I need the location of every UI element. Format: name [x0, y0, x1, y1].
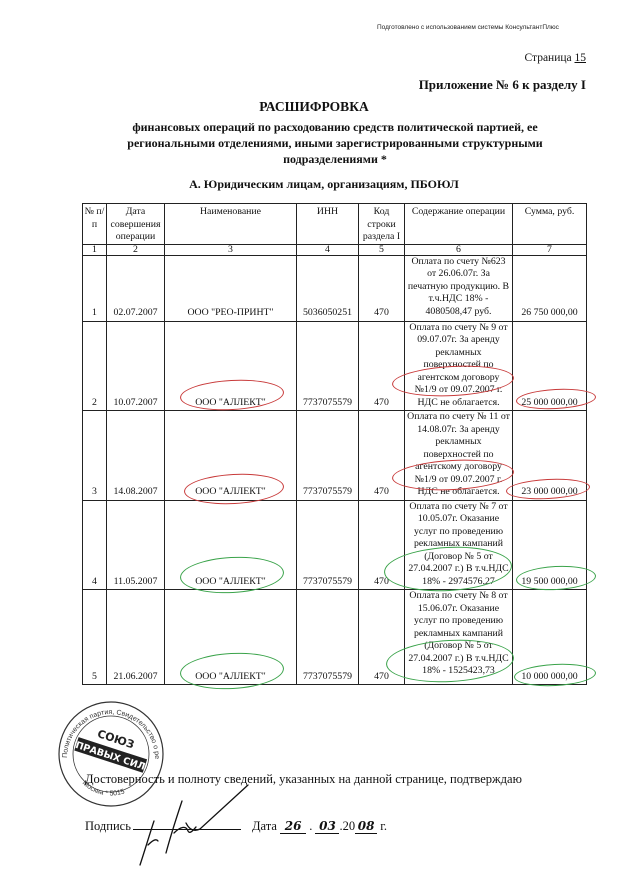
column-number-row: 1 2 3 4 5 6 7 [83, 244, 587, 255]
column-number: 3 [165, 244, 297, 255]
operations-table: № п/п Дата совершения операции Наименова… [82, 203, 587, 685]
cell-inn: 7737075579 [297, 590, 359, 685]
document-title: РАСШИФРОВКА [0, 99, 628, 115]
cell-code: 470 [359, 500, 405, 590]
cell-content: Оплата по счету №623 от 26.06.07г. За пе… [405, 255, 513, 321]
column-number: 6 [405, 244, 513, 255]
section-heading: А. Юридическим лицам, организациям, ПБОЮ… [0, 177, 628, 192]
cell-sum: 25 000 000,00 [513, 321, 587, 411]
handwritten-signature-icon [130, 783, 250, 868]
column-header: Дата совершения операции [107, 204, 165, 245]
table-row: 2 10.07.2007 ООО "АЛЛЕКТ" 7737075579 470… [83, 321, 587, 411]
cell-code: 470 [359, 321, 405, 411]
cell-date: 11.05.2007 [107, 500, 165, 590]
cell-sum: 23 000 000,00 [513, 411, 587, 501]
cell-date: 21.06.2007 [107, 590, 165, 685]
cell-name: ООО "АЛЛЕКТ" [165, 500, 297, 590]
cell-name: ООО "АЛЛЕКТ" [165, 590, 297, 685]
cell-date: 10.07.2007 [107, 321, 165, 411]
cell-code: 470 [359, 590, 405, 685]
cell-index: 4 [83, 500, 107, 590]
cell-content: Оплата по счету № 9 от 09.07.07г. За аре… [405, 321, 513, 411]
column-header: Наименование [165, 204, 297, 245]
date-label: Дата [252, 819, 277, 833]
page-indicator: Страница 15 [525, 52, 586, 64]
column-number: 7 [513, 244, 587, 255]
cell-index: 3 [83, 411, 107, 501]
signature-label: Подпись [85, 819, 131, 833]
cell-inn: 7737075579 [297, 321, 359, 411]
cell-code: 470 [359, 255, 405, 321]
cell-index: 1 [83, 255, 107, 321]
cell-content: Оплата по счету № 7 от 10.05.07г. Оказан… [405, 500, 513, 590]
column-number: 1 [83, 244, 107, 255]
date-suffix: г. [380, 819, 387, 833]
column-header: № п/п [83, 204, 107, 245]
cell-index: 5 [83, 590, 107, 685]
cell-index: 2 [83, 321, 107, 411]
table-row: 3 14.08.2007 ООО "АЛЛЕКТ" 7737075579 470… [83, 411, 587, 501]
date-year-prefix: .20 [339, 819, 355, 833]
table-row: 1 02.07.2007 ООО "РЕО-ПРИНТ" 5036050251 … [83, 255, 587, 321]
cell-sum: 26 750 000,00 [513, 255, 587, 321]
cell-date: 02.07.2007 [107, 255, 165, 321]
table-row: 4 11.05.2007 ООО "АЛЛЕКТ" 7737075579 470… [83, 500, 587, 590]
column-number: 5 [359, 244, 405, 255]
column-header: Код строки раздела I [359, 204, 405, 245]
cell-code: 470 [359, 411, 405, 501]
consultant-note: Подготовлено с использованием системы Ко… [377, 24, 617, 31]
column-number: 4 [297, 244, 359, 255]
date-year-suffix: 08 [355, 819, 377, 834]
column-header: Сумма, руб. [513, 204, 587, 245]
cell-content: Оплата по счету № 8 от 15.06.07г. Оказан… [405, 590, 513, 685]
appendix-heading: Приложение № 6 к разделу I [419, 77, 586, 93]
document-subtitle: финансовых операций по расходованию сред… [120, 119, 550, 167]
page-label: Страница [525, 52, 572, 64]
date-day: 26 [280, 819, 306, 834]
cell-name: ООО "РЕО-ПРИНТ" [165, 255, 297, 321]
table-header-row: № п/п Дата совершения операции Наименова… [83, 204, 587, 245]
column-number: 2 [107, 244, 165, 255]
date-month: 03 [315, 819, 339, 834]
cell-name: ООО "АЛЛЕКТ" [165, 321, 297, 411]
column-header: ИНН [297, 204, 359, 245]
cell-name: ООО "АЛЛЕКТ" [165, 411, 297, 501]
cell-content: Оплата по счету № 11 от 14.08.07г. За ар… [405, 411, 513, 501]
cell-inn: 7737075579 [297, 500, 359, 590]
cell-sum: 19 500 000,00 [513, 500, 587, 590]
column-header: Содержание операции [405, 204, 513, 245]
cell-sum: 10 000 000,00 [513, 590, 587, 685]
cell-date: 14.08.2007 [107, 411, 165, 501]
page-number: 15 [575, 52, 587, 64]
cell-inn: 7737075579 [297, 411, 359, 501]
table-row: 5 21.06.2007 ООО "АЛЛЕКТ" 7737075579 470… [83, 590, 587, 685]
cell-inn: 5036050251 [297, 255, 359, 321]
